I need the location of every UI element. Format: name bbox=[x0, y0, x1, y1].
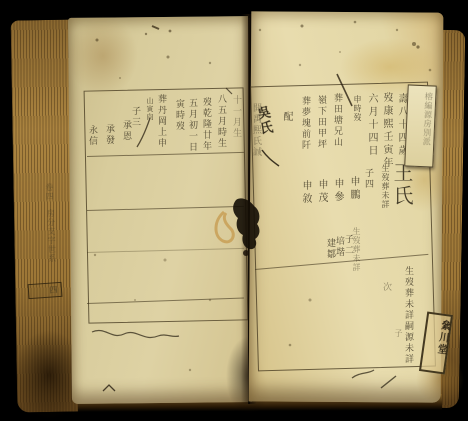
left-column-son-name-2: 承發 bbox=[104, 124, 113, 146]
right-lower-rank-marker: 次 bbox=[381, 282, 390, 293]
right-column-second-note: 生歿葬未詳 bbox=[352, 227, 360, 272]
right-column-wife-surname: 王氏 bbox=[392, 162, 412, 208]
left-column-burial-site: 葬丹岡上申 bbox=[156, 94, 165, 149]
right-column-grandson-2: 建鄒 bbox=[325, 238, 334, 260]
hall-mark-label: 絫川堂 bbox=[434, 319, 449, 356]
title-slip: 榕編源房別派 bbox=[404, 84, 437, 167]
right-column-wife-note: 生歿葬未詳 bbox=[381, 164, 389, 209]
right-column-son-name-4: 申敘 bbox=[300, 180, 310, 206]
photo-stage: 十一月生 八五月時生 歿乾隆廿年 五月初一日 寅時歿 葬丹岡上申 山寅向 子三 … bbox=[0, 0, 468, 421]
right-column-burial-site-2: 嶺下田甲坪 bbox=[316, 95, 325, 150]
title-slip-label: 榕編源房別派 bbox=[422, 92, 432, 146]
right-column-burial-site-3: 葬夢塊前阡 bbox=[300, 96, 309, 151]
right-lower-note-2: 嗣源未詳 bbox=[403, 321, 412, 365]
left-column-son-name-1: 承恩 bbox=[121, 120, 130, 142]
left-column-birth-time: 八五月時生 bbox=[216, 94, 225, 149]
right-lower-note-1: 生歿葬未詳 bbox=[403, 266, 412, 321]
left-column-death-hour: 寅時歿 bbox=[174, 99, 183, 132]
left-column-son-name-3: 永信 bbox=[87, 125, 96, 147]
right-column-sons-count: 子四 bbox=[363, 168, 372, 190]
right-column-son-name-3: 申茂 bbox=[316, 179, 326, 205]
right-lower-son-marker: 子 bbox=[394, 329, 402, 338]
fold-page-number: 四 bbox=[49, 285, 58, 295]
left-column-grave-bearing: 山寅向 bbox=[146, 97, 153, 121]
left-column-birth-month: 十一月生 bbox=[231, 95, 240, 139]
fold-page-number-box: 四 bbox=[28, 282, 63, 299]
right-column-sons-count-2: 子二 bbox=[343, 234, 352, 256]
right-column-death-hour: 申時歿 bbox=[353, 95, 361, 122]
fold-volume-label: 卷四 bbox=[45, 183, 54, 201]
right-column-son-name-2: 申參 bbox=[332, 178, 342, 204]
left-column-sons-count: 子三 bbox=[130, 106, 139, 128]
right-column-spouse-marker: 配 bbox=[281, 111, 291, 124]
right-column-death-date: 六月十四日 bbox=[366, 93, 376, 158]
right-column-burial-site-1: 葬田塘兄山 bbox=[332, 93, 341, 148]
fold-series-label: 房分支字世系 bbox=[46, 209, 56, 263]
left-column-death-date: 五月初一日 bbox=[187, 98, 196, 153]
right-column-grandson-1: 培堦 bbox=[334, 236, 343, 258]
right-column-son-name-1: 申鵬 bbox=[348, 176, 358, 202]
left-column-death-year: 歿乾隆廿年 bbox=[201, 97, 210, 152]
right-column-death-year: 歿康熙壬寅年 bbox=[381, 92, 391, 170]
